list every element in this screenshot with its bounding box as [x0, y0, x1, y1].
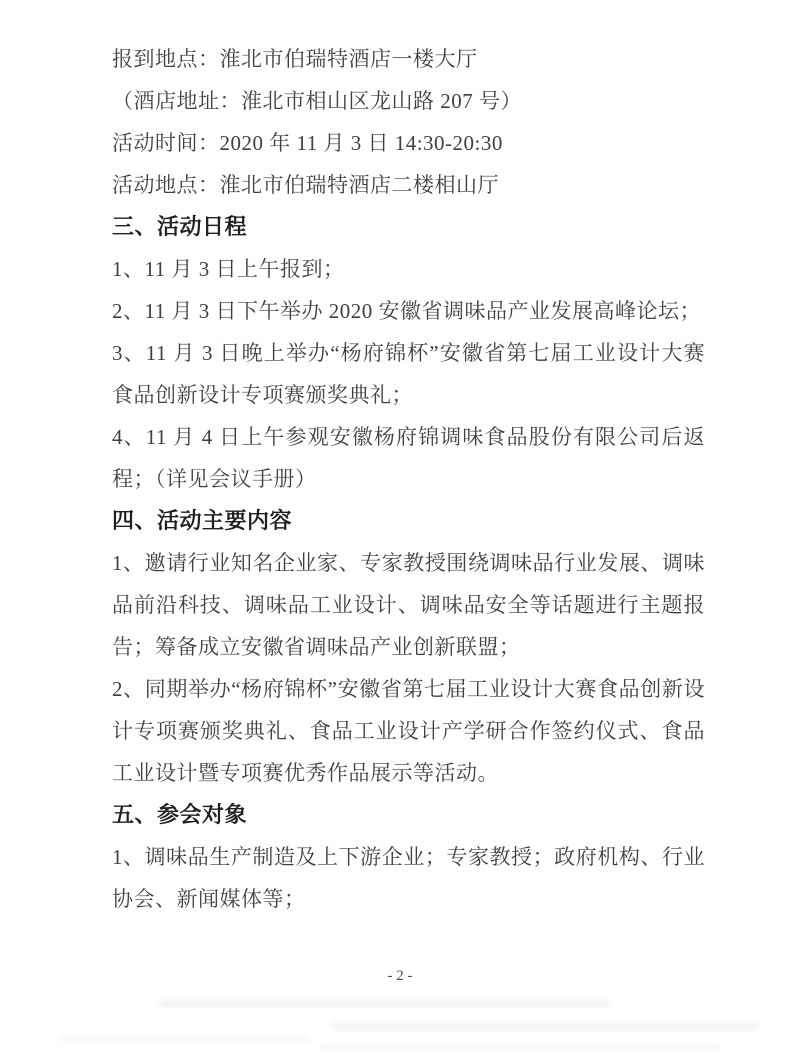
- event-time-line: 活动时间：2020 年 11 月 3 日 14:30-20:30: [112, 122, 705, 164]
- document-page: 报到地点：淮北市伯瑞特酒店一楼大厅 （酒店地址：淮北市相山区龙山路 207 号）…: [0, 0, 800, 1054]
- participants-item-1: 1、调味品生产制造及上下游企业；专家教授；政府机构、行业协会、新闻媒体等；: [112, 836, 705, 920]
- main-content-item-1: 1、邀请行业知名企业家、专家教授围绕调味品行业发展、调味品前沿科技、调味品工业设…: [112, 542, 705, 668]
- scan-artifact: [320, 1044, 720, 1050]
- schedule-item-4: 4、11 月 4 日上午参观安徽杨府锦调味食品股份有限公司后返程；（详见会议手册…: [112, 416, 705, 500]
- section-heading-participants: 五、参会对象: [112, 794, 705, 836]
- section-heading-schedule: 三、活动日程: [112, 206, 705, 248]
- registration-location-line: 报到地点：淮北市伯瑞特酒店一楼大厅: [112, 38, 705, 80]
- schedule-item-3: 3、11 月 3 日晚上举办“杨府锦杯”安徽省第七届工业设计大赛食品创新设计专项…: [112, 332, 705, 416]
- document-body: 报到地点：淮北市伯瑞特酒店一楼大厅 （酒店地址：淮北市相山区龙山路 207 号）…: [112, 38, 705, 920]
- hotel-address-line: （酒店地址：淮北市相山区龙山路 207 号）: [112, 80, 705, 122]
- scan-artifact: [60, 1036, 310, 1042]
- schedule-item-1: 1、11 月 3 日上午报到；: [112, 248, 705, 290]
- schedule-item-2: 2、11 月 3 日下午举办 2020 安徽省调味品产业发展高峰论坛；: [112, 290, 705, 332]
- main-content-item-2: 2、同期举办“杨府锦杯”安徽省第七届工业设计大赛食品创新设计专项赛颁奖典礼、食品…: [112, 668, 705, 794]
- scan-artifact: [330, 1022, 760, 1030]
- event-location-line: 活动地点：淮北市伯瑞特酒店二楼相山厅: [112, 164, 705, 206]
- section-heading-main-content: 四、活动主要内容: [112, 500, 705, 542]
- page-number: - 2 -: [0, 966, 800, 986]
- scan-artifact: [160, 1000, 610, 1007]
